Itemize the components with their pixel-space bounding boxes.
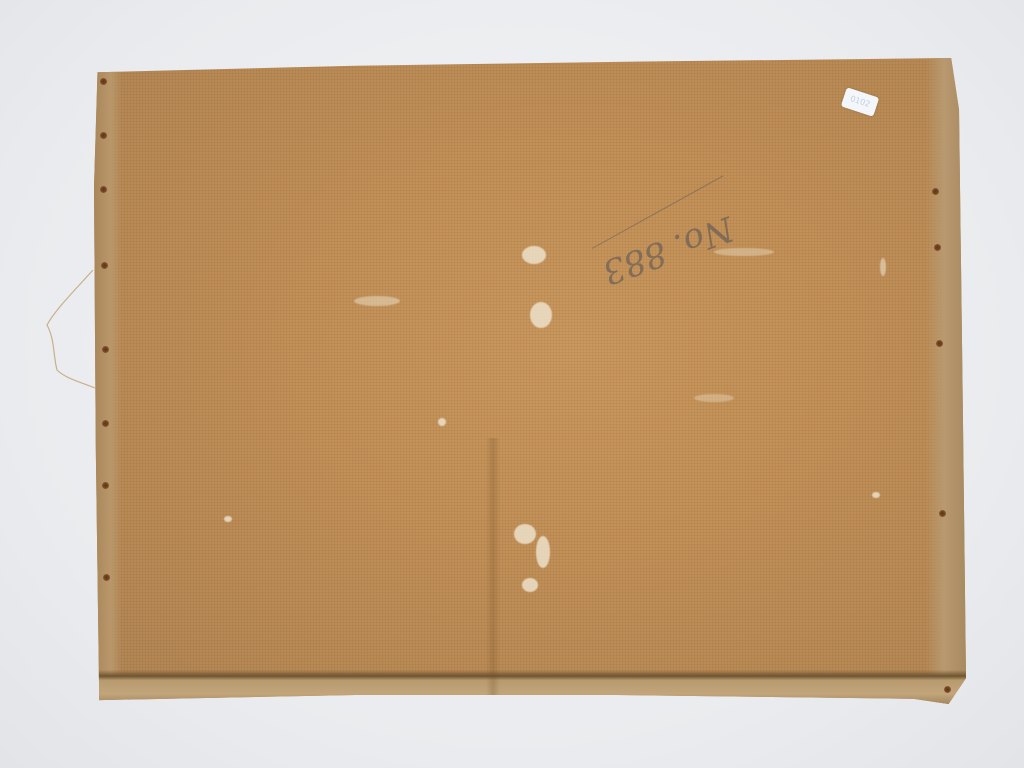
tack-icon (103, 574, 110, 581)
paint-loss (522, 246, 546, 264)
tack-icon (102, 420, 109, 427)
paint-loss (224, 516, 232, 522)
tack-icon (100, 132, 107, 139)
paint-loss (880, 258, 886, 276)
tack-icon (934, 244, 941, 251)
paint-loss (438, 418, 446, 426)
hanging-string (45, 270, 95, 390)
tack-icon (944, 686, 951, 693)
tack-icon (101, 262, 108, 269)
paint-loss (354, 296, 400, 306)
tack-icon (932, 188, 939, 195)
tack-icon (102, 346, 109, 353)
paint-loss (530, 302, 552, 328)
stretcher-bar-shadow (486, 438, 500, 698)
paint-loss (694, 394, 734, 402)
left-tacking-edge (94, 58, 122, 704)
paint-loss (872, 492, 880, 498)
tack-icon (936, 340, 943, 347)
tack-icon (100, 186, 107, 193)
paint-loss (522, 578, 538, 592)
tack-icon (939, 510, 946, 517)
paint-loss (514, 524, 536, 544)
tack-icon (102, 482, 109, 489)
tack-icon (100, 78, 107, 85)
paint-loss (536, 536, 550, 568)
canvas-back (94, 58, 966, 704)
